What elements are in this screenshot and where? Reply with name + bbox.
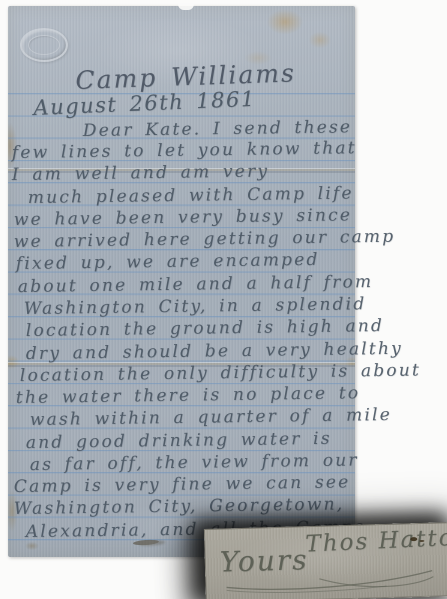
letter-salutation: Dear Kate. I send these — [83, 117, 353, 141]
letter-line: I am well and am very — [12, 161, 270, 185]
signature-inset: Yours Thos Hatton — [204, 522, 447, 599]
letter-line: location the only difficulty is about — [20, 360, 421, 386]
letter-line: and good drinking water is — [26, 429, 332, 453]
embossed-seal-icon — [20, 28, 68, 62]
scanned-letter-photo: Camp Williams August 26th 1861 Dear Kate… — [0, 0, 447, 599]
letter-line: fixed up, we are encamped — [16, 250, 320, 274]
